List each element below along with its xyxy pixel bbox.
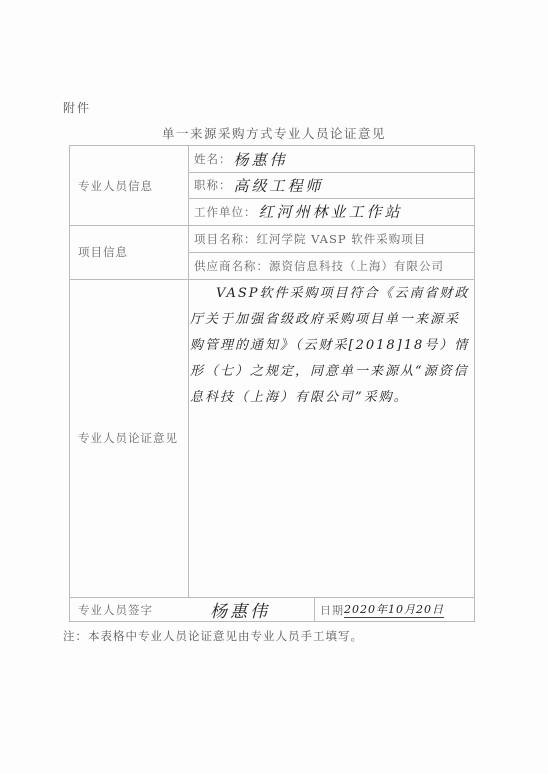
- name-field: 姓名： 杨惠伟: [188, 146, 474, 172]
- signature-label: 专业人员签字: [70, 597, 188, 622]
- opinion-text: VASP软件采购项目符合《云南省财政厅关于加强省级政府采购项目单一来源采购管理的…: [190, 281, 472, 411]
- personnel-info-label: 专业人员信息: [70, 146, 188, 225]
- opinion-form-table: 专业人员信息 姓名： 杨惠伟 职称： 高级工程师 工作单位： 红河州林业工作站 …: [69, 145, 475, 622]
- name-label: 姓名：: [194, 151, 232, 167]
- opinion-area: VASP软件采购项目符合《云南省财政厅关于加强省级政府采购项目单一来源采购管理的…: [70, 279, 474, 597]
- signature-value: 杨惠伟: [210, 597, 270, 622]
- title-field: 职称： 高级工程师: [188, 172, 474, 198]
- work-unit-value: 红河州林业工作站: [259, 201, 403, 222]
- supplier-name-field: 供应商名称：源资信息科技（上海）有限公司: [188, 252, 474, 279]
- date-field: 日期 2020年10月20日: [314, 597, 474, 622]
- project-info-label: 项目信息: [70, 225, 188, 279]
- signature-field: 杨惠伟: [188, 597, 314, 622]
- title-value: 高级工程师: [234, 175, 324, 196]
- document-title: 单一来源采购方式专业人员论证意见: [0, 124, 548, 142]
- date-label: 日期: [320, 602, 344, 618]
- date-value: 2020年10月20日: [344, 601, 444, 618]
- work-unit-label: 工作单位：: [194, 204, 257, 220]
- work-unit-field: 工作单位： 红河州林业工作站: [188, 198, 474, 225]
- footer-note: 注：本表格中专业人员论证意见由专业人员手工填写。: [63, 628, 363, 644]
- project-name-field: 项目名称：红河学院 VASP 软件采购项目: [188, 225, 474, 252]
- title-label: 职称：: [194, 177, 232, 193]
- name-value: 杨惠伟: [234, 149, 288, 170]
- attachment-label: 附件: [63, 99, 91, 116]
